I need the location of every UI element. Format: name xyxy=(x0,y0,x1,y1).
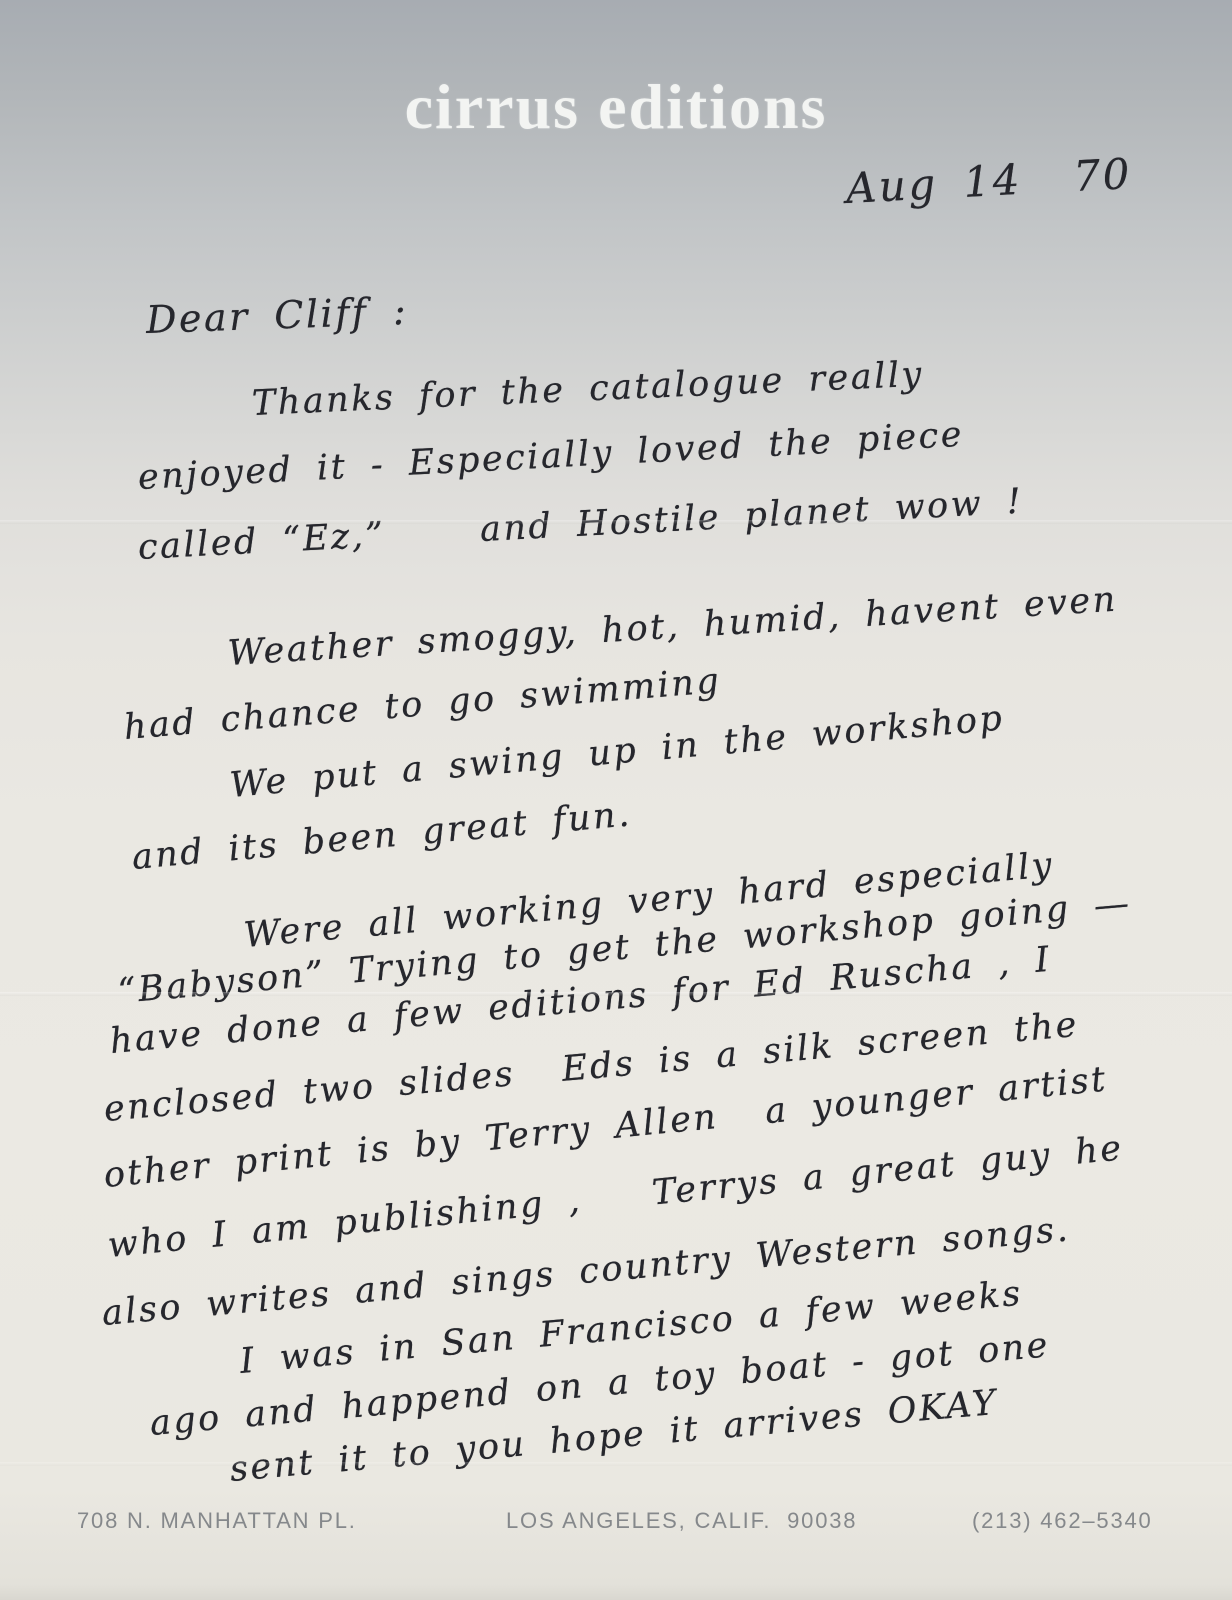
letter-date: Aug 14 70 xyxy=(845,149,1133,213)
letter-line: enjoyed it - Especially loved the piece xyxy=(137,415,965,498)
letter-line: Thanks for the catalogue really xyxy=(251,355,924,424)
footer-phone: (213) 462–5340 xyxy=(972,1508,1153,1534)
footer-city-state-zip: LOS ANGELES, CALIF. 90038 xyxy=(506,1508,857,1534)
paper-crease xyxy=(0,1462,1232,1466)
letterhead-brand: cirrus editions xyxy=(0,70,1232,144)
letter-page: cirrus editions Aug 14 70 Dear Cliff : T… xyxy=(0,0,1232,1600)
letter-line: called “Ez,” and Hostile planet wow ! xyxy=(137,482,1024,568)
footer-address: 708 N. MANHATTAN PL. xyxy=(77,1508,357,1534)
letter-salutation: Dear Cliff : xyxy=(145,289,409,342)
letter-line: and its been great fun. xyxy=(130,794,633,878)
letter-line: Weather smoggy, hot, humid, havent even xyxy=(227,580,1119,674)
